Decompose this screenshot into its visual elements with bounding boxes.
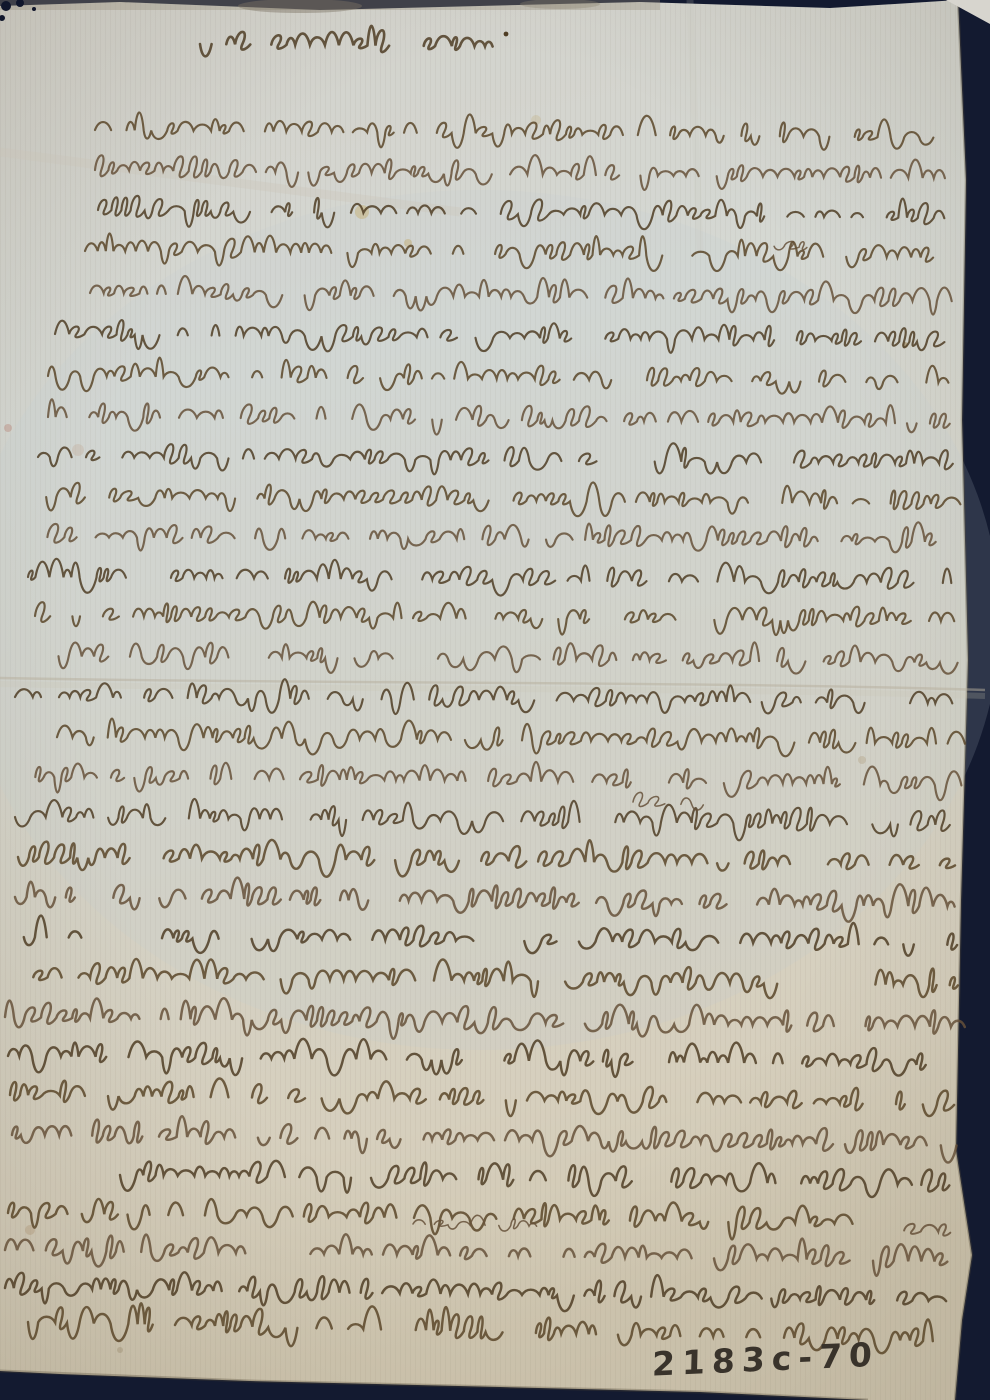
manuscript-photo: 2183c-70 <box>0 0 990 1400</box>
manuscript-scene <box>0 0 990 1400</box>
heading-end-dot <box>504 32 509 37</box>
stain <box>72 444 84 456</box>
stain <box>858 756 866 764</box>
stain <box>4 424 12 432</box>
stain <box>117 1347 123 1353</box>
